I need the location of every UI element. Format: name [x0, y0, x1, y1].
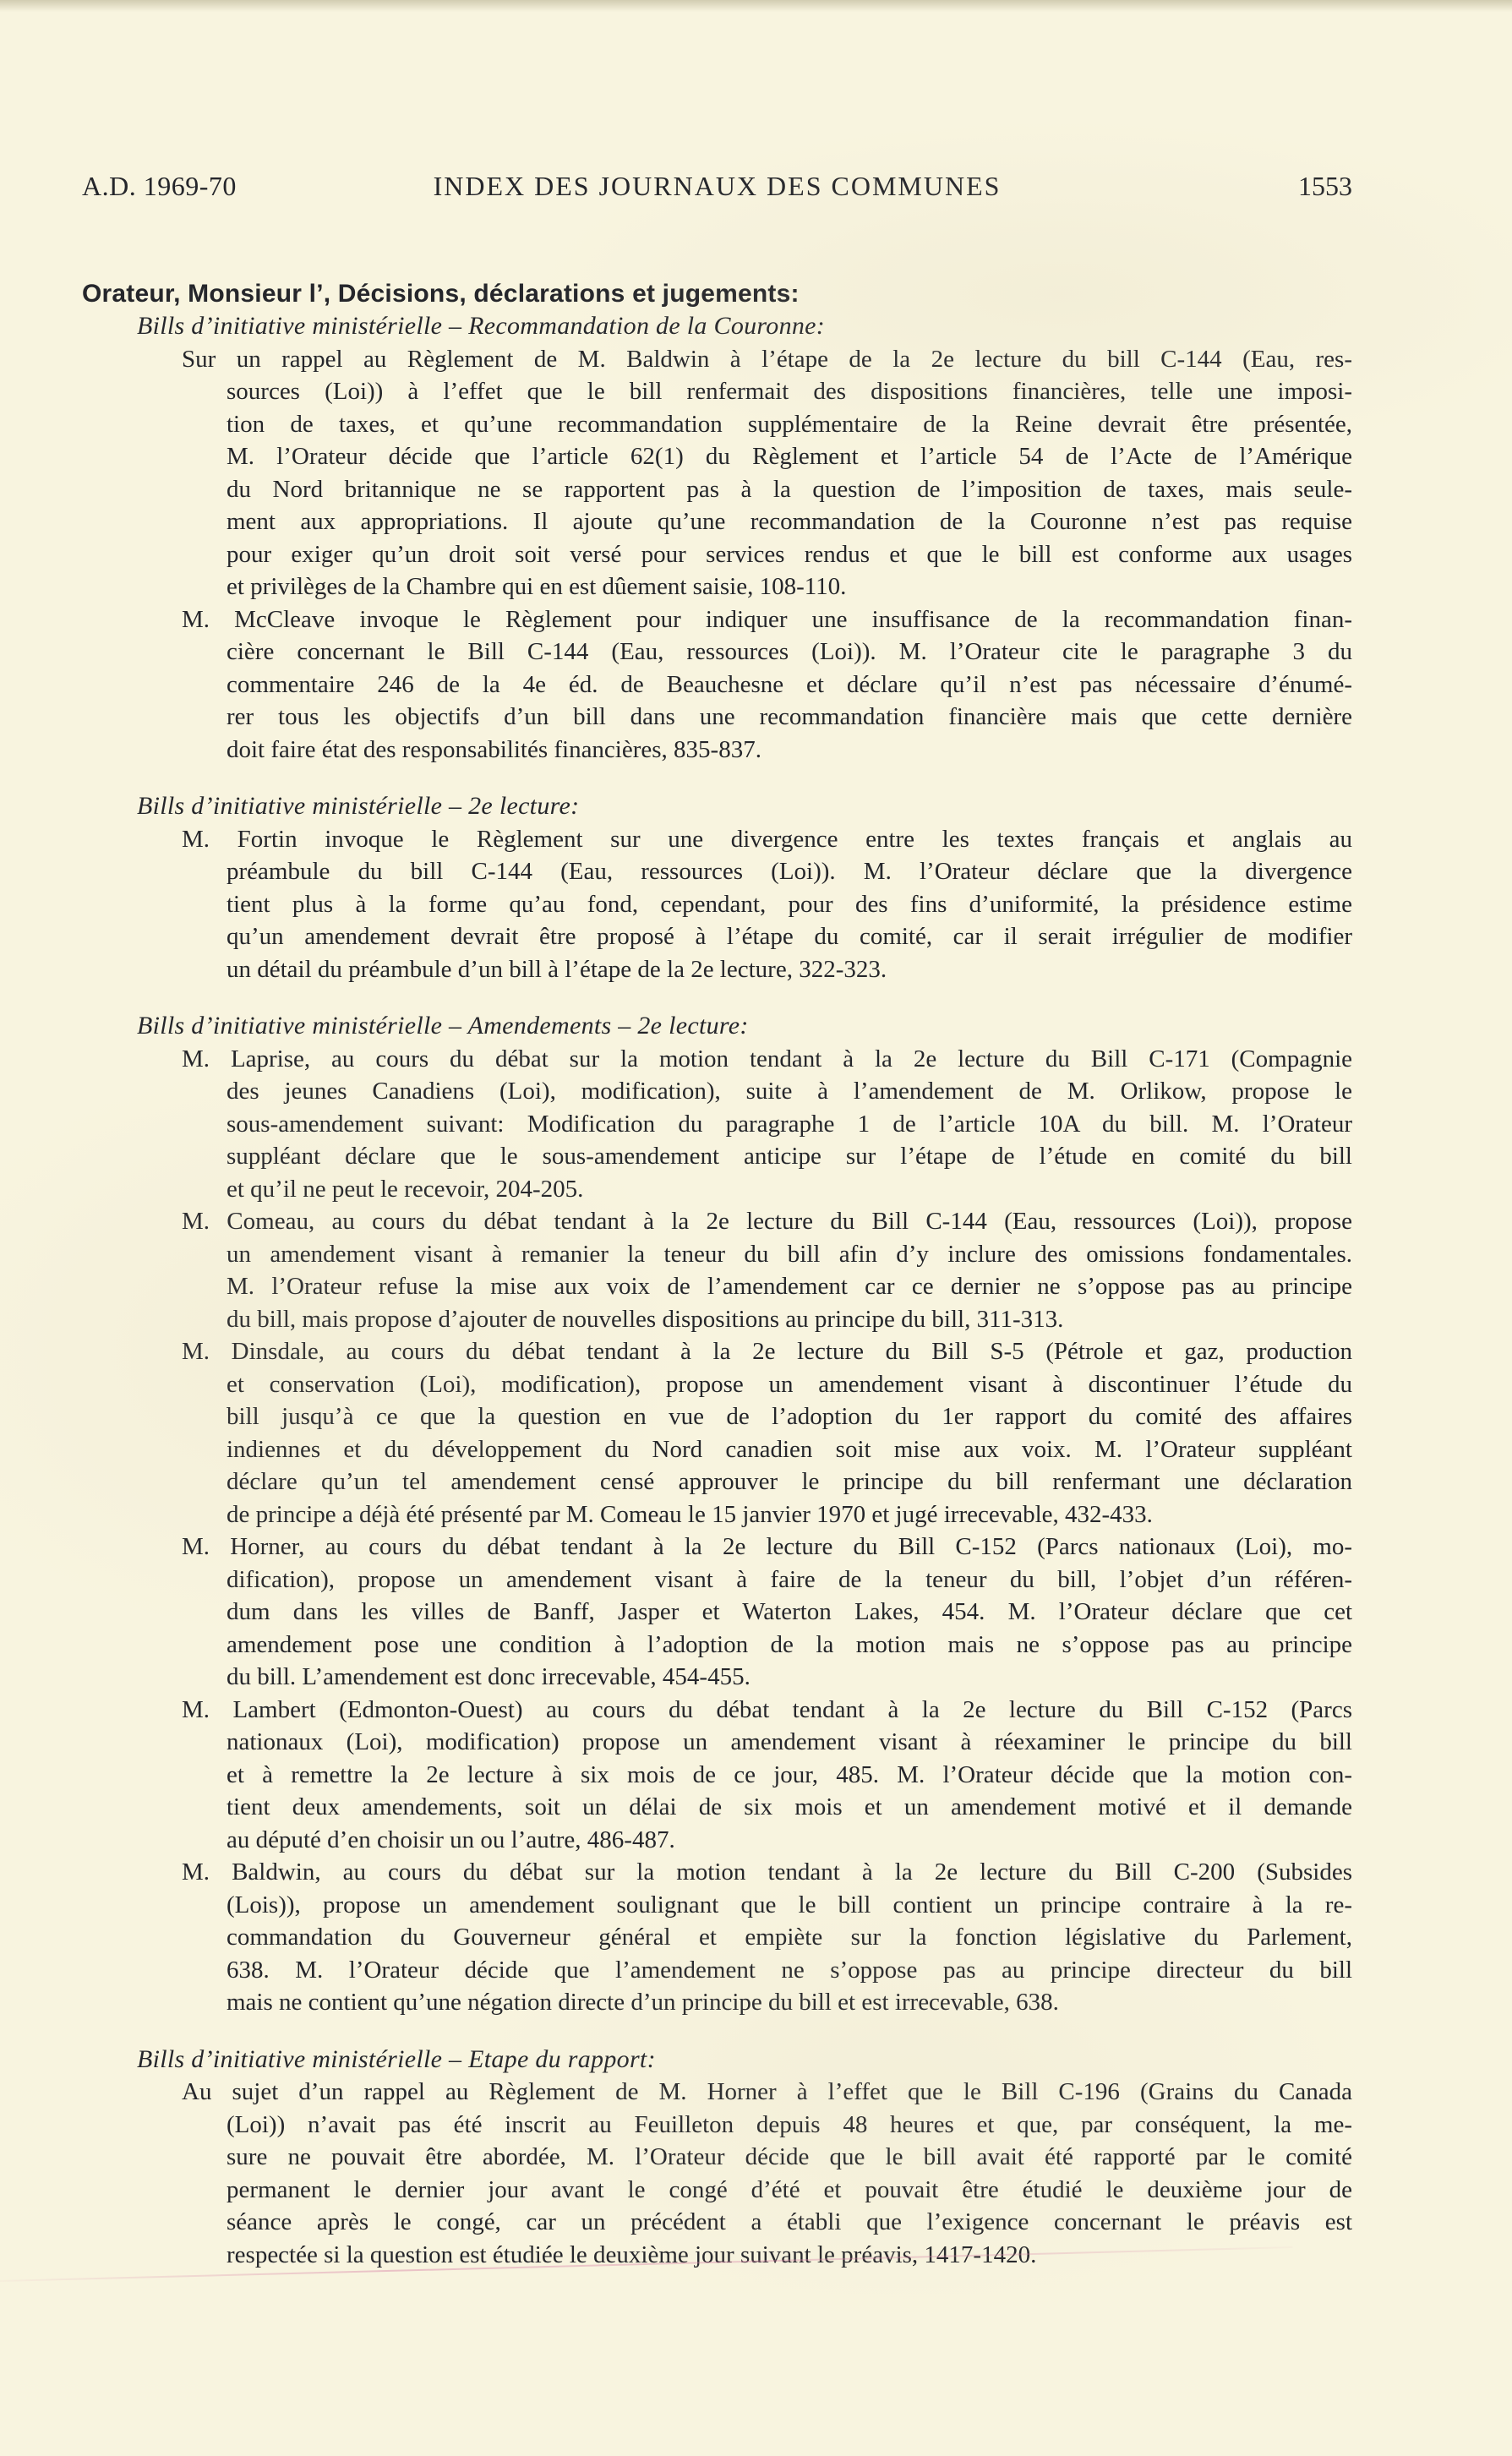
text-line: tient deux amendements, soit un délai de… [227, 1791, 1352, 1824]
text-line: suppléant déclare que le sous-amendement… [227, 1140, 1352, 1173]
text-line: (Lois)), propose un amendement soulignan… [227, 1889, 1352, 1922]
text-line: et à remettre la 2e lecture à six mois d… [227, 1759, 1352, 1792]
text-line: pour exiger qu’un droit soit versé pour … [227, 538, 1352, 571]
text-line: M. Dinsdale, au cours du débat tendant à… [182, 1335, 1352, 1368]
section-subheading: Bills d’initiative ministérielle – Recom… [137, 310, 1512, 343]
text-line: M. l’Orateur décide que l’article 62(1) … [227, 440, 1352, 473]
section: Bills d’initiative ministérielle – Recom… [0, 310, 1512, 766]
entry-paragraph: M. Baldwin, au cours du débat sur la mot… [182, 1856, 1352, 2019]
text-line: rer tous les objectifs d’un bill dans un… [227, 701, 1352, 734]
text-line: sources (Loi)) à l’effet que le bill ren… [227, 375, 1352, 408]
text-line: et conservation (Loi), modification), pr… [227, 1368, 1352, 1401]
entry-paragraph: Au sujet d’un rappel au Règlement de M. … [182, 2076, 1352, 2271]
text-line: ment aux appropriations. Il ajoute qu’un… [227, 505, 1352, 538]
scanned-index-page: A.D. 1969-70 INDEX DES JOURNAUX DES COMM… [0, 0, 1512, 2456]
header-page-number: 1553 [1298, 169, 1352, 203]
entry-paragraph: M. Laprise, au cours du débat sur la mot… [182, 1043, 1352, 1206]
text-line: tient plus à la forme qu’au fond, cepend… [227, 888, 1352, 921]
text-line: et privilèges de la Chambre qui en est d… [227, 570, 1352, 603]
entry-paragraph: M. Comeau, au cours du débat tendant à l… [182, 1205, 1352, 1335]
text-line: commandation du Gouverneur général et em… [227, 1921, 1352, 1954]
text-line: tion de taxes, et qu’une recommandation … [227, 408, 1352, 441]
text-line: permanent le dernier jour avant le congé… [227, 2174, 1352, 2207]
text-line: M. Laprise, au cours du débat sur la mot… [182, 1043, 1352, 1076]
text-line: commentaire 246 de la 4e éd. de Beauches… [227, 669, 1352, 701]
text-line: M. Lambert (Edmonton-Ouest) au cours du … [182, 1694, 1352, 1727]
text-line: doit faire état des responsabilités fina… [227, 734, 1352, 767]
text-line: qu’un amendement devrait être proposé à … [227, 920, 1352, 953]
running-header: A.D. 1969-70 INDEX DES JOURNAUX DES COMM… [82, 169, 1352, 203]
text-line: Au sujet d’un rappel au Règlement de M. … [182, 2076, 1352, 2109]
text-line: dum dans les villes de Banff, Jasper et … [227, 1596, 1352, 1629]
text-line: au député d’en choisir un ou l’autre, 48… [227, 1824, 1352, 1857]
text-line: des jeunes Canadiens (Loi), modification… [227, 1075, 1352, 1108]
text-line: et qu’il ne peut le recevoir, 204-205. [227, 1173, 1352, 1206]
text-line: bill jusqu’à ce que la question en vue d… [227, 1400, 1352, 1433]
text-line: nationaux (Loi), modification) propose u… [227, 1726, 1352, 1759]
text-line: de principe a déjà été présenté par M. C… [227, 1498, 1352, 1531]
entry-paragraph: M. Horner, au cours du débat tendant à l… [182, 1531, 1352, 1694]
section-subheading: Bills d’initiative ministérielle – 2e le… [137, 790, 1512, 823]
text-line: du bill. L’amendement est donc irrecevab… [227, 1661, 1352, 1694]
text-line: 638. M. l’Orateur décide que l’amendemen… [227, 1954, 1352, 1987]
section-subheading: Bills d’initiative ministérielle – Amend… [137, 1010, 1512, 1043]
section-subheading: Bills d’initiative ministérielle – Etape… [137, 2044, 1512, 2077]
scan-top-edge [0, 0, 1512, 12]
entry-paragraph: M. Lambert (Edmonton-Ouest) au cours du … [182, 1694, 1352, 1857]
text-line: sure ne pouvait être abordée, M. l’Orate… [227, 2141, 1352, 2174]
text-line: M. Horner, au cours du débat tendant à l… [182, 1531, 1352, 1564]
text-line: M. Comeau, au cours du débat tendant à l… [182, 1205, 1352, 1238]
entry-paragraph: M. Fortin invoque le Règlement sur une d… [182, 823, 1352, 986]
text-line: cière concernant le Bill C-144 (Eau, res… [227, 636, 1352, 669]
text-line: Sur un rappel au Règlement de M. Baldwin… [182, 343, 1352, 376]
header-era: A.D. 1969-70 [82, 169, 237, 203]
text-line: séance après le congé, car un précédent … [227, 2206, 1352, 2239]
text-line: respectée si la question est étudiée le … [227, 2239, 1352, 2272]
text-line: (Loi)) n’avait pas été inscrit au Feuill… [227, 2109, 1352, 2142]
sections-container: Bills d’initiative ministérielle – Recom… [0, 310, 1512, 2271]
text-line: M. McCleave invoque le Règlement pour in… [182, 603, 1352, 636]
text-line: amendement pose une condition à l’adopti… [227, 1629, 1352, 1662]
text-line: mais ne contient qu’une négation directe… [227, 1986, 1352, 2019]
text-line: un amendement visant à remanier la teneu… [227, 1238, 1352, 1271]
text-line: sous-amendement suivant: Modification du… [227, 1108, 1352, 1141]
section: Bills d’initiative ministérielle – Amend… [0, 1010, 1512, 2019]
text-line: préambule du bill C-144 (Eau, ressources… [227, 855, 1352, 888]
text-line: M. Fortin invoque le Règlement sur une d… [182, 823, 1352, 856]
index-main-heading: Orateur, Monsieur l’, Décisions, déclara… [82, 277, 1512, 310]
section: Bills d’initiative ministérielle – 2e le… [0, 790, 1512, 985]
entry-paragraph: M. McCleave invoque le Règlement pour in… [182, 603, 1352, 767]
section: Bills d’initiative ministérielle – Etape… [0, 2044, 1512, 2272]
text-line: M. Baldwin, au cours du débat sur la mot… [182, 1856, 1352, 1889]
text-line: du bill, mais propose d’ajouter de nouve… [227, 1303, 1352, 1336]
entry-paragraph: Sur un rappel au Règlement de M. Baldwin… [182, 343, 1352, 603]
entry-paragraph: M. Dinsdale, au cours du débat tendant à… [182, 1335, 1352, 1531]
text-line: dification), propose un amendement visan… [227, 1564, 1352, 1596]
header-title: INDEX DES JOURNAUX DES COMMUNES [434, 169, 1002, 203]
text-line: un détail du préambule d’un bill à l’éta… [227, 953, 1352, 986]
text-line: M. l’Orateur refuse la mise aux voix de … [227, 1270, 1352, 1303]
text-line: déclare qu’un tel amendement censé appro… [227, 1465, 1352, 1498]
text-line: du Nord britannique ne se rapportent pas… [227, 473, 1352, 506]
text-line: indiennes et du développement du Nord ca… [227, 1433, 1352, 1466]
page-content: Orateur, Monsieur l’, Décisions, déclara… [0, 277, 1512, 2271]
